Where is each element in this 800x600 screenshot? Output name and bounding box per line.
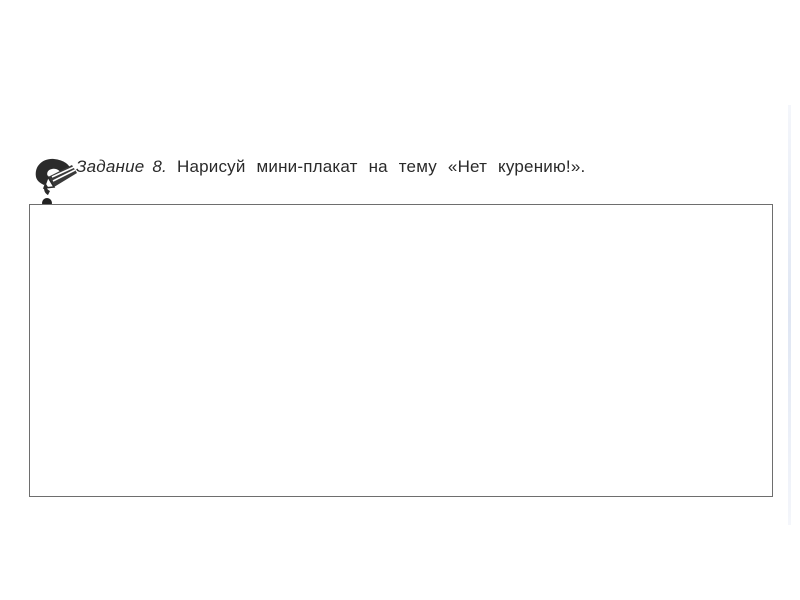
task-heading: Задание 8. Нарисуй мини-плакат на тему «… [76, 157, 585, 181]
drawing-area[interactable] [29, 204, 773, 497]
question-mark-pencil-icon [30, 155, 78, 210]
page-edge-shadow [788, 105, 791, 525]
task-label: Задание [76, 157, 144, 177]
task-number: 8. [152, 157, 167, 177]
task-instruction: Нарисуй мини-плакат на тему «Нет курению… [177, 157, 585, 177]
